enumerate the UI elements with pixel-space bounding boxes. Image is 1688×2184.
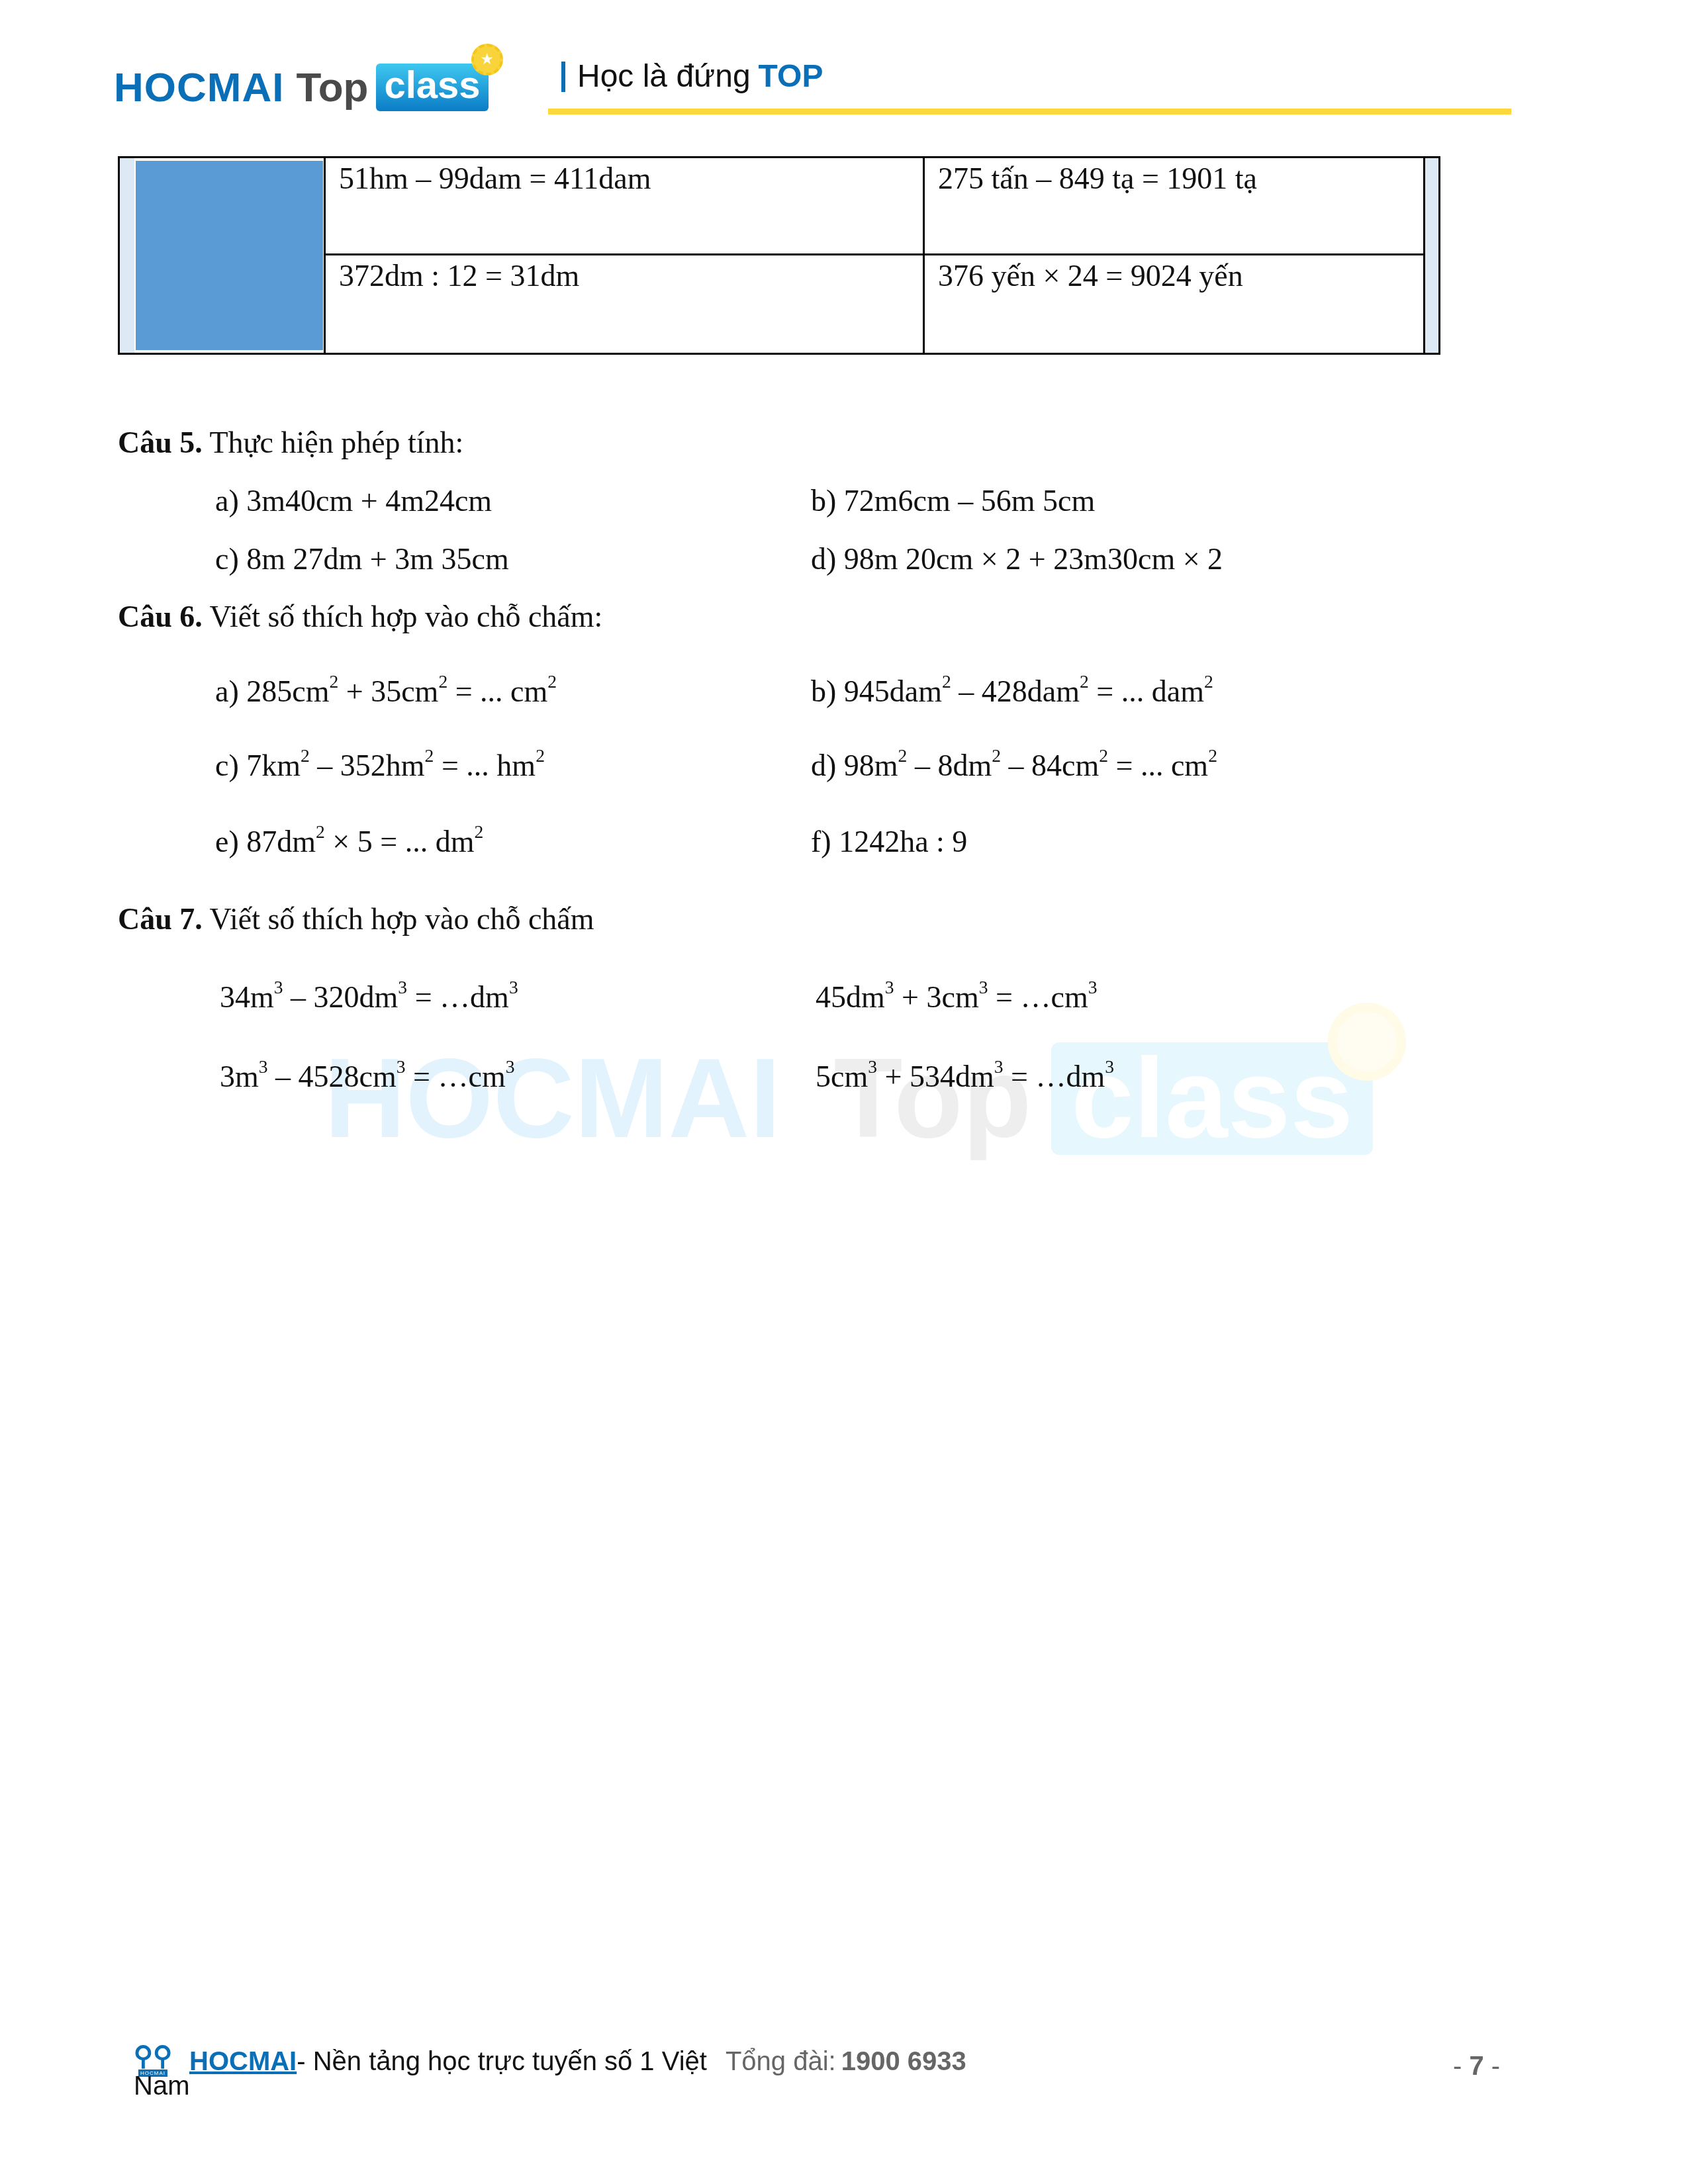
q6-item-c: c) 7km2 – 352hm2 = ... hm2 xyxy=(215,748,545,783)
table-cell: 275 tấn – 849 tạ = 1901 tạ xyxy=(925,158,1428,255)
q6-item-a: a) 285cm2 + 35cm2 = ... cm2 xyxy=(215,674,557,709)
page-number-suffix: - xyxy=(1484,2052,1500,2081)
q7-item-2: 45dm3 + 3cm3 = …cm3 xyxy=(816,979,1097,1015)
star-badge-icon: ★ xyxy=(471,44,503,75)
logo-brand: HOCMAI xyxy=(114,64,284,111)
watermark-badge-icon xyxy=(1328,1003,1406,1081)
table-right-strip xyxy=(1423,158,1438,353)
question-6-title: Câu 6. Viết số thích hợp vào chỗ chấm: xyxy=(118,599,602,634)
table-left-strip xyxy=(120,158,134,353)
footer-hotline-label: Tổng đài: xyxy=(726,2047,836,2077)
slogan-divider xyxy=(561,62,565,92)
hocmai-topclass-logo: HOCMAI Top class ★ xyxy=(114,54,489,120)
footer-brand-link[interactable]: HOCMAI xyxy=(189,2047,297,2077)
page-number-value: 7 xyxy=(1469,2052,1483,2081)
question-text: Viết số thích hợp vào chỗ chấm: xyxy=(209,600,602,633)
footer: ⚲⚲ HOCMAI HOCMAI - Nền tảng học trực tuy… xyxy=(130,2030,966,2077)
footer-tagline-continued: Nam xyxy=(134,2071,189,2101)
table-blue-cell xyxy=(136,161,323,350)
hocmai-footer-logo-icon: ⚲⚲ HOCMAI xyxy=(130,2030,176,2077)
footer-tagline: - Nền tảng học trực tuyến số 1 Việt xyxy=(297,2047,707,2077)
question-label: Câu 5. xyxy=(118,426,203,459)
question-7-title: Câu 7. Viết số thích hợp vào chỗ chấm xyxy=(118,901,594,936)
q7-item-3: 3m3 – 4528cm3 = …cm3 xyxy=(220,1059,515,1094)
q7-item-1: 34m3 – 320dm3 = …dm3 xyxy=(220,979,518,1015)
table-cell: 376 yến × 24 = 9024 yến xyxy=(925,255,1428,353)
people-icon: ⚲⚲ xyxy=(134,2043,173,2070)
watermark: HOCMAI Top class xyxy=(324,1032,1373,1165)
slogan-text: Học là đứng xyxy=(577,58,751,95)
question-label: Câu 6. xyxy=(118,600,203,633)
watermark-brand: HOCMAI xyxy=(324,1034,780,1163)
logo-class: class ★ xyxy=(376,64,488,111)
table-cell: 51hm – 99dam = 411dam xyxy=(326,158,925,255)
logo-class-text: class xyxy=(384,64,480,107)
question-label: Câu 7. xyxy=(118,902,203,936)
slogan-highlight: TOP xyxy=(759,58,823,95)
table-grid: 51hm – 99dam = 411dam 275 tấn – 849 tạ =… xyxy=(324,158,1426,353)
question-5-title: Câu 5. Thực hiện phép tính: xyxy=(118,425,463,460)
q6-item-d: d) 98m2 – 8dm2 – 84cm2 = ... cm2 xyxy=(811,748,1217,783)
q5-item-a: a) 3m40cm + 4m24cm xyxy=(215,483,492,518)
question-text: Thực hiện phép tính: xyxy=(209,426,463,459)
footer-hotline: 1900 6933 xyxy=(841,2047,966,2077)
page-number: - 7 - xyxy=(1453,2052,1500,2081)
q6-item-e: e) 87dm2 × 5 = ... dm2 xyxy=(215,824,483,859)
question-text: Viết số thích hợp vào chỗ chấm xyxy=(209,902,594,936)
watermark-class-text: class xyxy=(1071,1036,1352,1161)
q5-item-d: d) 98m 20cm × 2 + 23m30cm × 2 xyxy=(811,541,1223,576)
q5-item-b: b) 72m6cm – 56m 5cm xyxy=(811,483,1095,518)
slogan: Học là đứng TOP xyxy=(561,58,823,95)
q6-item-f: f) 1242ha : 9 xyxy=(811,824,967,859)
q5-item-c: c) 8m 27dm + 3m 35cm xyxy=(215,541,509,576)
logo-top: Top xyxy=(296,64,368,111)
header-rule xyxy=(548,109,1511,114)
page-number-prefix: - xyxy=(1453,2052,1469,2081)
q7-item-4: 5cm3 + 534dm3 = …dm3 xyxy=(816,1059,1114,1094)
q6-item-b: b) 945dam2 – 428dam2 = ... dam2 xyxy=(811,674,1213,709)
answer-table: 51hm – 99dam = 411dam 275 tấn – 849 tạ =… xyxy=(118,156,1440,355)
watermark-top: Top xyxy=(833,1034,1031,1163)
table-cell: 372dm : 12 = 31dm xyxy=(326,255,925,353)
